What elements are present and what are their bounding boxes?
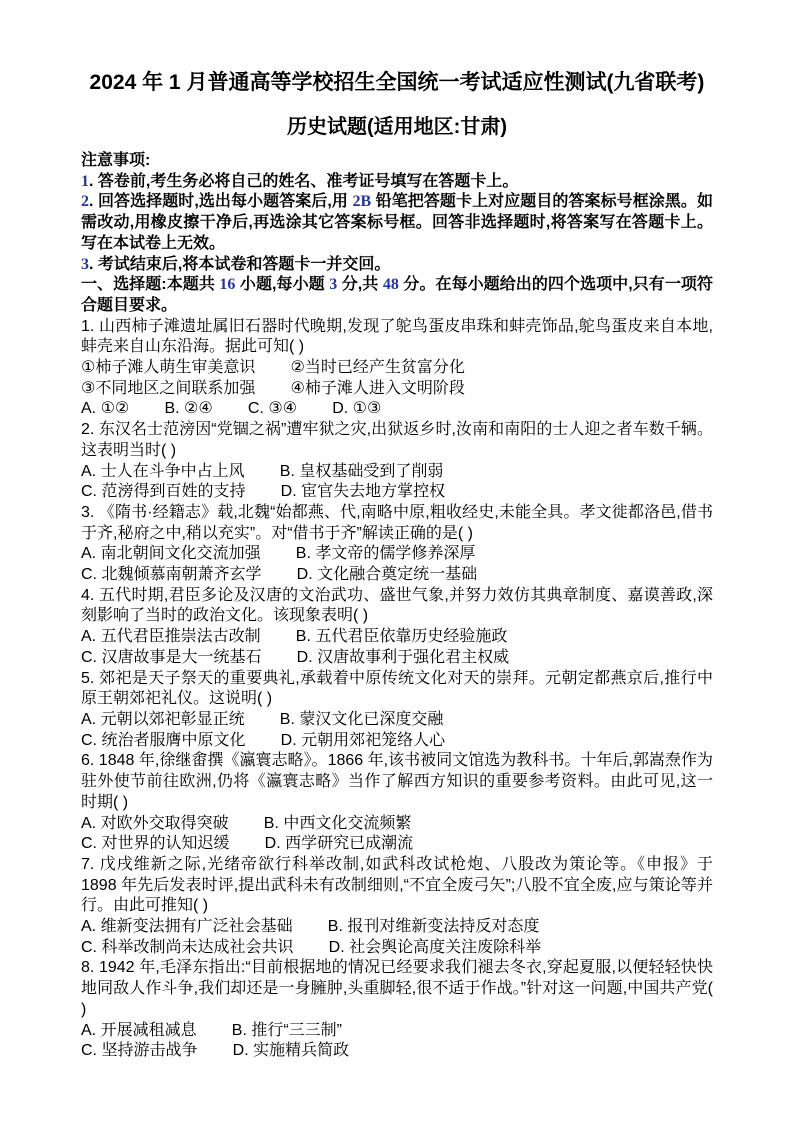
question-stem: 2. 东汉名士范滂因“党锢之祸”遭牢狱之灾,出狱返乡时,汝南和南阳的士人迎之者车… — [81, 420, 713, 461]
highlighted-number: 1 — [81, 173, 89, 190]
choice-option: A. 南北朝间文化交流加强 — [81, 544, 261, 565]
choice-option: D. 西学研究已成潮流 — [265, 834, 413, 855]
choice-option: A. 士人在斗争中占上风 — [81, 462, 245, 483]
choice-option: A. 开展减租减息 — [81, 1021, 197, 1042]
question-stem: 7. 戊戌维新之际,光绪帝欲行科举改制,如武科改试枪炮、八股改为策论等。《申报》… — [81, 855, 713, 917]
choice-option-row: A. 维新变法拥有广泛社会基础B. 报刊对维新变法持反对态度 — [81, 917, 713, 938]
choice-option: A. ①② — [81, 399, 129, 420]
choice-option: B. ②④ — [164, 399, 212, 420]
highlighted-number: 2 — [81, 193, 89, 210]
choice-option: C. 北魏倾慕南朝萧齐玄学 — [81, 565, 261, 586]
question-stem: 8. 1942 年,毛泽东指出:“目前根据地的情况已经要求我们褪去冬衣,穿起夏服… — [81, 958, 713, 1020]
choice-option: ④柿子滩人进入文明阶段 — [291, 379, 465, 400]
choice-option: A. 元朝以郊祀彰显正统 — [81, 710, 245, 731]
choice-option: C. 对世界的认知迟缓 — [81, 834, 229, 855]
choice-option-row: C. 统治者服膺中原文化D. 元朝用郊祀笼络人心 — [81, 731, 713, 752]
choice-option-row: A. 士人在斗争中占上风B. 皇权基础受到了削弱 — [81, 462, 713, 483]
exam-subtitle: 历史试题(适用地区:甘肃) — [81, 114, 713, 140]
choice-option: ②当时已经产生贫富分化 — [291, 358, 465, 379]
choice-option: ③不同地区之间联系加强 — [81, 379, 255, 400]
choice-option-row: C. 对世界的认知迟缓D. 西学研究已成潮流 — [81, 834, 713, 855]
choice-option: D. ①③ — [332, 399, 381, 420]
section-header: 一、选择题:本题共 16 小题,每小题 3 分,共 48 分。在每小题给出的四个… — [81, 275, 713, 316]
choice-option-row: ③不同地区之间联系加强④柿子滩人进入文明阶段 — [81, 379, 713, 400]
choice-option: C. 统治者服膺中原文化 — [81, 731, 245, 752]
choice-option: C. 坚持游击战争 — [81, 1041, 197, 1062]
choice-option-row: A. 对欧外交取得突破B. 中西文化交流频繁 — [81, 814, 713, 835]
question-stem: 4. 五代时期,君臣多论及汉唐的文治武功、盛世气象,并努力效仿其典章制度、嘉谟善… — [81, 586, 713, 627]
choice-option: C. 汉唐故事是大一统基石 — [81, 648, 261, 669]
choice-option-row: A. 元朝以郊祀彰显正统B. 蒙汉文化已深度交融 — [81, 710, 713, 731]
notice-item: 1. 答卷前,考生务必将自己的姓名、准考证号填写在答题卡上。 — [81, 172, 713, 193]
choice-option-row: C. 坚持游击战争D. 实施精兵简政 — [81, 1041, 713, 1062]
highlighted-number: 16 — [219, 276, 235, 293]
highlighted-number: 3 — [81, 256, 89, 273]
choice-option: A. 维新变法拥有广泛社会基础 — [81, 917, 293, 938]
highlighted-number: 3 — [329, 276, 337, 293]
exam-body: 注意事项:1. 答卷前,考生务必将自己的姓名、准考证号填写在答题卡上。2. 回答… — [81, 151, 713, 1062]
choice-option-row: A. ①②B. ②④C. ③④D. ①③ — [81, 399, 713, 420]
choice-option-row: C. 范滂得到百姓的支持D. 宦官失去地方掌控权 — [81, 482, 713, 503]
choice-option: B. 五代君臣依靠历史经验施政 — [296, 627, 508, 648]
choice-option-row: C. 科举改制尚未达成社会共识D. 社会舆论高度关注废除科举 — [81, 938, 713, 959]
notice-item: 3. 考试结束后,将本试卷和答题卡一并交回。 — [81, 255, 713, 276]
choice-option: D. 文化融合奠定统一基础 — [297, 565, 477, 586]
question-stem: 3. 《隋书·经籍志》载,北魏“始都燕、代,南略中原,粗收经史,未能全具。孝文徙… — [81, 503, 713, 544]
choice-option: A. 五代君臣推崇法古改制 — [81, 627, 261, 648]
exam-title: 2024 年 1 月普通高等学校招生全国统一考试适应性测试(九省联考) — [81, 68, 713, 98]
notice-heading: 注意事项: — [81, 151, 713, 172]
highlighted-number: 48 — [383, 276, 399, 293]
notice-item: 2. 回答选择题时,选出每小题答案后,用 2B 铅笔把答题卡上对应题目的答案标号… — [81, 192, 713, 254]
choice-option: C. 范滂得到百姓的支持 — [81, 482, 245, 503]
exam-page: 2024 年 1 月普通高等学校招生全国统一考试适应性测试(九省联考) 历史试题… — [0, 0, 793, 1122]
question-stem: 6. 1848 年,徐继畬撰《瀛寰志略》。1866 年,该书被同文馆选为教科书。… — [81, 751, 713, 813]
choice-option: B. 中西文化交流频繁 — [264, 814, 412, 835]
highlighted-number: 2B — [352, 193, 371, 210]
choice-option-row: A. 开展减租减息B. 推行“三三制” — [81, 1021, 713, 1042]
question-stem: 5. 郊祀是天子祭天的重要典礼,承载着中原传统文化对天的崇拜。元朝定都燕京后,推… — [81, 669, 713, 710]
choice-option: B. 孝文帝的儒学修养深厚 — [296, 544, 476, 565]
choice-option: ①柿子滩人萌生审美意识 — [81, 358, 255, 379]
choice-option: D. 宦官失去地方掌控权 — [281, 482, 445, 503]
choice-option-row: A. 五代君臣推崇法古改制B. 五代君臣依靠历史经验施政 — [81, 627, 713, 648]
choice-option: D. 实施精兵简政 — [233, 1041, 349, 1062]
choice-option: C. ③④ — [248, 399, 297, 420]
choice-option: D. 元朝用郊祀笼络人心 — [281, 731, 445, 752]
choice-option-row: ①柿子滩人萌生审美意识②当时已经产生贫富分化 — [81, 358, 713, 379]
question-stem: 1. 山西柿子滩遗址属旧石器时代晚期,发现了鸵鸟蛋皮串珠和蚌壳饰品,鸵鸟蛋皮来自… — [81, 317, 713, 358]
choice-option: B. 推行“三三制” — [232, 1021, 342, 1042]
choice-option: B. 皇权基础受到了削弱 — [280, 462, 444, 483]
choice-option: C. 科举改制尚未达成社会共识 — [81, 938, 293, 959]
choice-option: B. 蒙汉文化已深度交融 — [280, 710, 444, 731]
choice-option: A. 对欧外交取得突破 — [81, 814, 229, 835]
choice-option-row: C. 汉唐故事是大一统基石D. 汉唐故事利于强化君主权威 — [81, 648, 713, 669]
choice-option: B. 报刊对维新变法持反对态度 — [328, 917, 540, 938]
choice-option: D. 社会舆论高度关注废除科举 — [329, 938, 541, 959]
choice-option-row: A. 南北朝间文化交流加强B. 孝文帝的儒学修养深厚 — [81, 544, 713, 565]
choice-option-row: C. 北魏倾慕南朝萧齐玄学D. 文化融合奠定统一基础 — [81, 565, 713, 586]
choice-option: D. 汉唐故事利于强化君主权威 — [297, 648, 509, 669]
